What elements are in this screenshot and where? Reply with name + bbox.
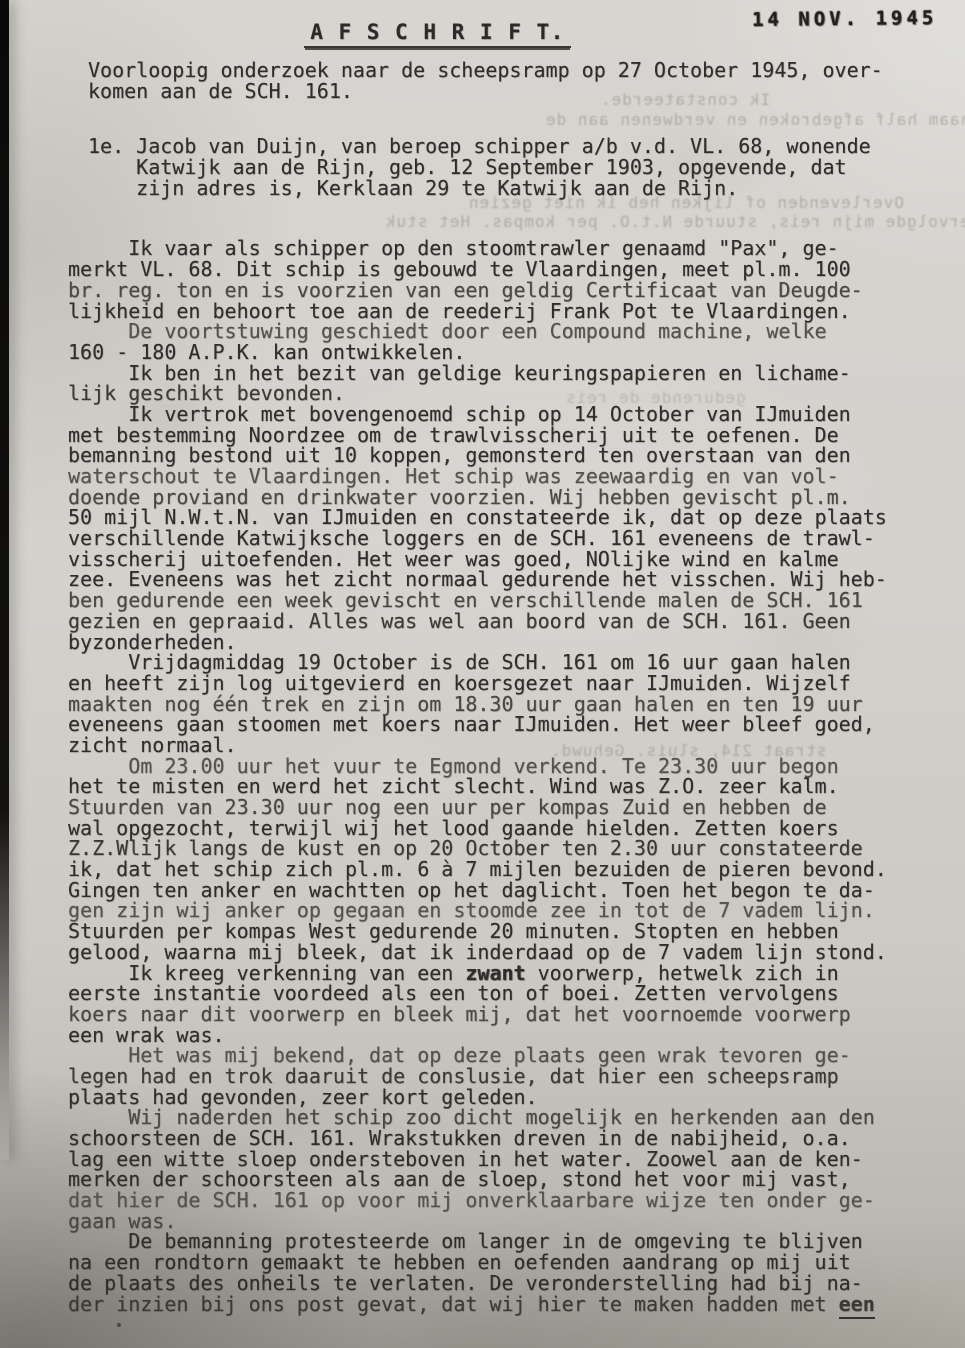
text-line: dat hier de SCH. 161 op voor mij onverkl… [68,1190,928,1211]
text-line: Stuurden per kompas West gedurende 20 mi… [68,921,928,942]
page-title: A F S C H R I F T. [304,20,571,48]
text-line: doende proviand en drinkwater voorzien. … [68,487,928,508]
text-line: eveneens gaan stoomen met koers naar IJm… [68,714,928,735]
text-line: maakten nog één trek en zijn om 18.30 uu… [68,694,928,715]
text-line: gelood, waarna mij bleek, dat ik inderda… [68,942,928,963]
text-line: wal opgezocht, terwijl wij het lood gaan… [68,818,928,839]
text-line: gen zijn wij anker op gegaan en stoomde … [68,900,928,921]
text-line: De voortstuwing geschiedt door een Compo… [68,321,928,342]
text-line: en heeft zijn log uitgevierd en koersgez… [68,673,928,694]
text-line: lijkheid en behoort toe aan de reederij … [68,301,928,322]
text-line: 50 mijl N.W.t.N. van IJmuiden en constat… [68,507,928,528]
text-line: ik, dat het schip zich pl.m. 6 à 7 mijle… [68,859,928,880]
document-body: Voorloopig onderzoek naar de scheepsramp… [68,60,928,1314]
text-line: eerste instantie voordeed als een ton of… [68,983,928,1004]
text-line: de plaats des onheils te verlaten. De ve… [68,1273,928,1294]
underlined-word: een [839,1292,875,1319]
text-line-final: der inzien bij ons post gevat, dat wij h… [68,1294,928,1315]
text-line: schoorsteen de SCH. 161. Wrakstukken dre… [68,1128,928,1149]
text-line: zicht normaal. [68,735,928,756]
text-line: gaan was. [68,1211,928,1232]
scanned-document-page: Ik constateerde. voornaam half afgebroke… [0,0,965,1348]
text-line: br. reg. ton en is voorzien van een geld… [68,280,928,301]
text-line: 160 - 180 A.P.K. kan ontwikkelen. [68,342,928,363]
text-line: merken der schoorsteen als aan de sloep,… [68,1169,928,1190]
text-line: Ik ben in het bezit van geldige keurings… [68,363,928,384]
text-line: Voorloopig onderzoek naar de scheepsramp… [88,60,928,81]
statement-text: Ik vaar als schipper op den stoomtrawler… [68,238,928,1314]
text-line: merkt VL. 68. Dit schip is gebouwd te Vl… [68,259,928,280]
text-line: Om 23.00 uur het vuur te Egmond verkend.… [68,756,928,777]
text-line: Ik vaar als schipper op den stoomtrawler… [68,238,928,259]
text-line: lijk geschikt bevonden. [68,383,928,404]
text-line: 1e. Jacob van Duijn, van beroep schipper… [88,136,928,157]
text-line: Het was mij bekend, dat op deze plaats g… [68,1045,928,1066]
text-line: Katwijk aan de Rijn, geb. 12 September 1… [88,157,928,178]
text-line: Wij naderden het schip zoo dicht mogelij… [68,1107,928,1128]
text-line: Gingen ten anker en wachtten op het dagl… [68,880,928,901]
text-line: waterschout te Vlaardingen. Het schip wa… [68,466,928,487]
text-line: komen aan de SCH. 161. [88,81,928,102]
text-line: een wrak was. [68,1025,928,1046]
text-line: met bestemming Noordzee om de trawlvissc… [68,425,928,446]
ink-speck [117,1323,121,1327]
text-line: De bemanning protesteerde om langer in d… [68,1231,928,1252]
text-line: legen had en trok daaruit de conslusie, … [68,1066,928,1087]
text-line: zee. Eveneens was het zicht normaal gedu… [68,569,928,590]
text-line: het te misten en werd het zicht slecht. … [68,776,928,797]
text-line: na een rondtorn gemaakt te hebben en oef… [68,1252,928,1273]
text-line: zijn adres is, Kerklaan 29 te Katwijk aa… [88,178,928,199]
text-line: ben gedurende een week gevischt en versc… [68,590,928,611]
text-line: visscherij uitoefenden. Het weer was goe… [68,549,928,570]
text-line-emphasis: Ik kreeg verkenning van een zwant voorwe… [68,963,928,984]
text-line: plaats had gevonden, zeer kort geleden. [68,1087,928,1108]
text-line: verschillende Katwijksche loggers en de … [68,528,928,549]
text-line: gezien en gepraaid. Alles was wel aan bo… [68,611,928,632]
scan-edge-shadow [0,0,9,1160]
text-line: Ik vertrok met bovengenoemd schip op 14 … [68,404,928,425]
intro-paragraph: Voorloopig onderzoek naar de scheepsramp… [88,60,928,101]
text-line: Vrijdagmiddag 19 October is de SCH. 161 … [68,652,928,673]
text-segment: der inzien bij ons post gevat, dat wij h… [68,1292,839,1316]
text-line: bemanning bestond uit 10 koppen, gemonst… [68,445,928,466]
witness-item-1: 1e. Jacob van Duijn, van beroep schipper… [88,136,928,198]
title-row: A F S C H R I F T. [0,20,965,48]
text-line: koers naar dit voorwerp en bleek mij, da… [68,1004,928,1025]
text-line: Stuurden van 23.30 uur nog een uur per k… [68,797,928,818]
text-line: byzonderheden. [68,632,928,653]
text-line: lag een witte sloep ondersteboven in het… [68,1149,928,1170]
text-line: Z.Z.Wlijk langs de kust en op 20 October… [68,838,928,859]
